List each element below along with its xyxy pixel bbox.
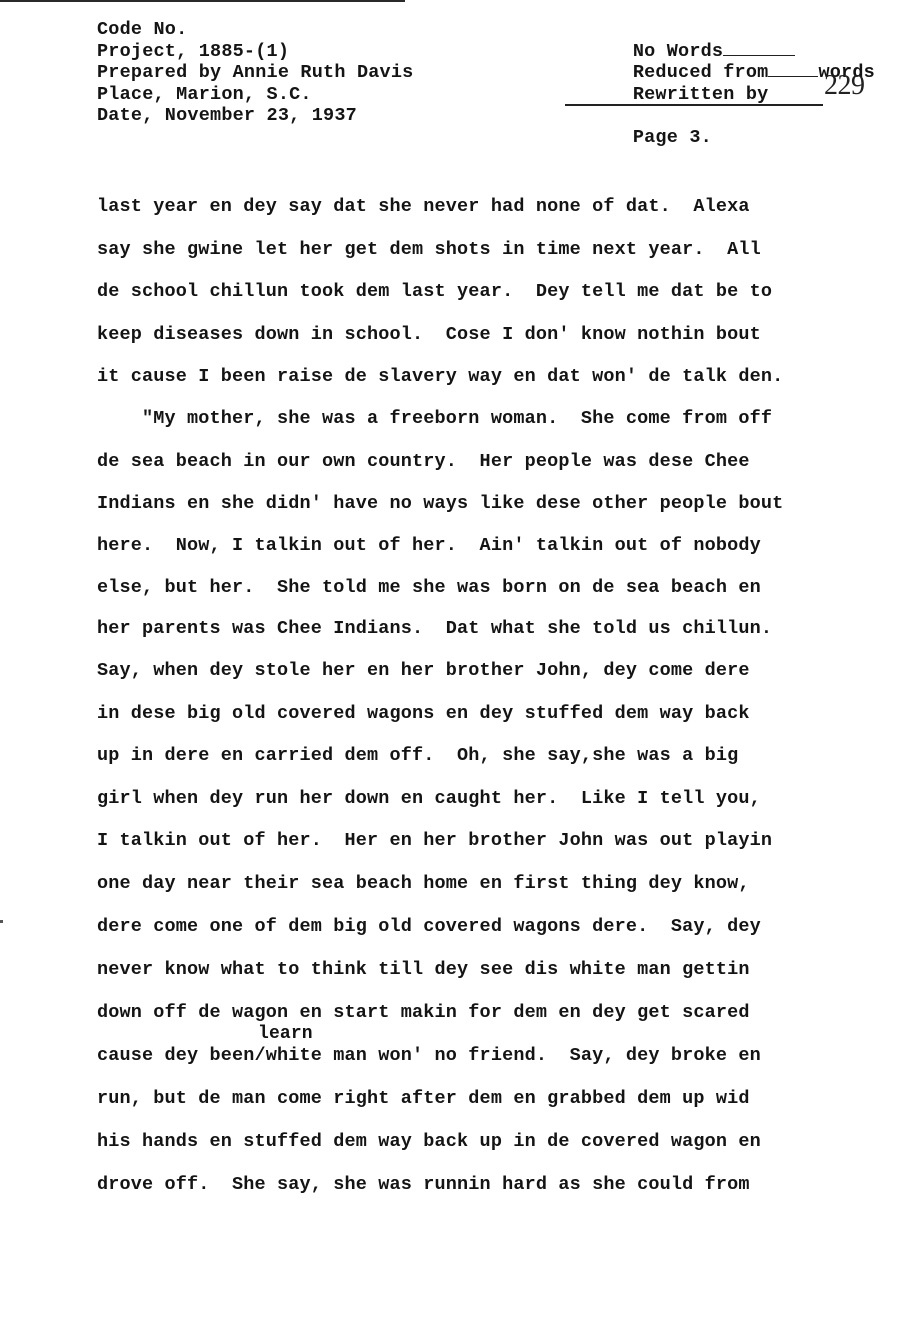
page-number-label: Page 3. <box>633 127 712 148</box>
body-line: his hands en stuffed dem way back up in … <box>97 1131 761 1153</box>
date-label: Date, November 23, 1937 <box>97 105 413 127</box>
margin-speck <box>0 920 3 923</box>
body-line: drove off. She say, she was runnin hard … <box>97 1174 750 1196</box>
body-line: keep diseases down in school. Cose I don… <box>97 324 761 346</box>
body-line: up in dere en carried dem off. Oh, she s… <box>97 745 738 767</box>
typewritten-page: Code No. Project, 1885-(1) Prepared by A… <box>0 0 900 1340</box>
body-line: de school chillun took dem last year. De… <box>97 281 772 303</box>
body-line: run, but de man come right after dem en … <box>97 1088 750 1110</box>
body-line: in dese big old covered wagons en dey st… <box>97 703 750 725</box>
reduced-from-row: Reduced fromwords <box>565 41 875 63</box>
no-words-row: No Words <box>565 19 875 41</box>
rewritten-by-label: Rewritten by <box>633 84 769 105</box>
body-line: here. Now, I talkin out of her. Ain' tal… <box>97 535 761 557</box>
body-line: Say, when dey stole her en her brother J… <box>97 660 750 682</box>
top-edge-rule <box>0 0 405 2</box>
header-left-block: Code No. Project, 1885-(1) Prepared by A… <box>97 19 413 127</box>
body-line: "My mother, she was a freeborn woman. Sh… <box>97 408 772 430</box>
body-line: dere come one of dem big old covered wag… <box>97 916 761 938</box>
prepared-by-label: Prepared by Annie Ruth Davis <box>97 62 413 84</box>
body-line: cause dey been/white man won' no friend.… <box>97 1045 761 1067</box>
body-line: I talkin out of her. Her en her brother … <box>97 830 772 852</box>
body-line: girl when dey run her down en caught her… <box>97 788 761 810</box>
body-line: else, but her. She told me she was born … <box>97 577 761 599</box>
page-stamp-number: 229 <box>824 70 865 102</box>
project-label: Project, 1885-(1) <box>97 41 413 63</box>
body-line: down off de wagon en start makin for dem… <box>97 1002 750 1024</box>
body-line: it cause I been raise de slavery way en … <box>97 366 783 388</box>
rewritten-by-blank-line <box>565 104 823 106</box>
body-line: one day near their sea beach home en fir… <box>97 873 750 895</box>
body-line: say she gwine let her get dem shots in t… <box>97 239 761 261</box>
place-label: Place, Marion, S.C. <box>97 84 413 106</box>
body-line: never know what to think till dey see di… <box>97 959 750 981</box>
body-line: de sea beach in our own country. Her peo… <box>97 451 750 473</box>
page-number-row: Page 3. <box>565 105 875 127</box>
body-line: Indians en she didn' have no ways like d… <box>97 493 783 515</box>
interlinear-insertion: learn <box>258 1024 313 1044</box>
code-no-label: Code No. <box>97 19 413 41</box>
body-line: last year en dey say dat she never had n… <box>97 196 750 218</box>
body-line: her parents was Chee Indians. Dat what s… <box>97 618 772 640</box>
